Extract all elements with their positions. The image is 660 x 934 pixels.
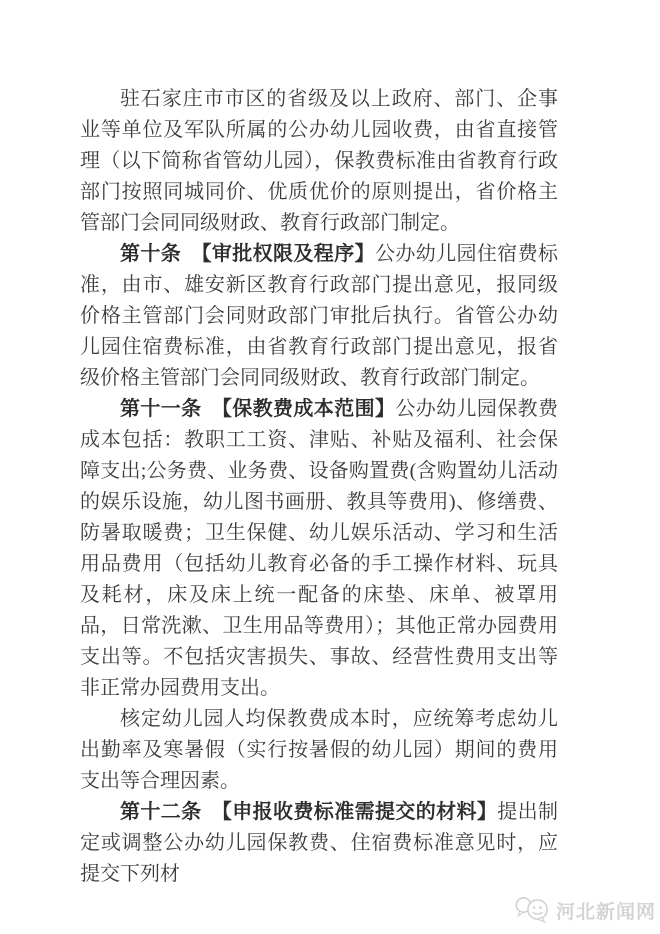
document-body: 驻石家庄市市区的省级及以上政府、部门、企事业等单位及军队所属的公办幼儿园收费，由… (80, 84, 558, 890)
chat-bubbles-logo-icon (513, 895, 553, 925)
paragraph-province-managed-kindergartens: 驻石家庄市市区的省级及以上政府、部门、企事业等单位及军队所属的公办幼儿园收费，由… (80, 84, 558, 239)
clause-heading-article-10: 第十条 【审批权限及程序】 (120, 243, 375, 265)
paragraph-article-11: 第十一条 【保教费成本范围】公办幼儿园保教费成本包括：教职工工资、津贴、补贴及福… (80, 394, 558, 704)
clause-heading-article-12: 第十二条 【申报收费标准需提交的材料】 (120, 801, 497, 823)
paragraph-text: 驻石家庄市市区的省级及以上政府、部门、企事业等单位及军队所属的公办幼儿园收费，由… (80, 88, 558, 234)
watermark-label: 河北新闻网 (556, 897, 656, 924)
paragraph-article-12: 第十二条 【申报收费标准需提交的材料】提出制定或调整公办幼儿园保教费、住宿费标准… (80, 797, 558, 890)
paragraph-text: 核定幼儿园人均保教费成本时，应统筹考虑幼儿出勤率及寒暑假（实行按暑假的幼儿园）期… (80, 708, 558, 792)
watermark: 河北新闻网 (513, 895, 656, 925)
paragraph-cost-assessment: 核定幼儿园人均保教费成本时，应统筹考虑幼儿出勤率及寒暑假（实行按暑假的幼儿园）期… (80, 704, 558, 797)
document-page: { "page": { "background": "#ffffff", "te… (0, 0, 660, 934)
paragraph-article-10: 第十条 【审批权限及程序】公办幼儿园住宿费标准，由市、雄安新区教育行政部门提出意… (80, 239, 558, 394)
clause-heading-article-11: 第十一条 【保教费成本范围】 (120, 398, 395, 420)
paragraph-text: 公办幼儿园保教费成本包括：教职工工资、津贴、补贴及福利、社会保障支出;公务费、业… (80, 398, 558, 699)
